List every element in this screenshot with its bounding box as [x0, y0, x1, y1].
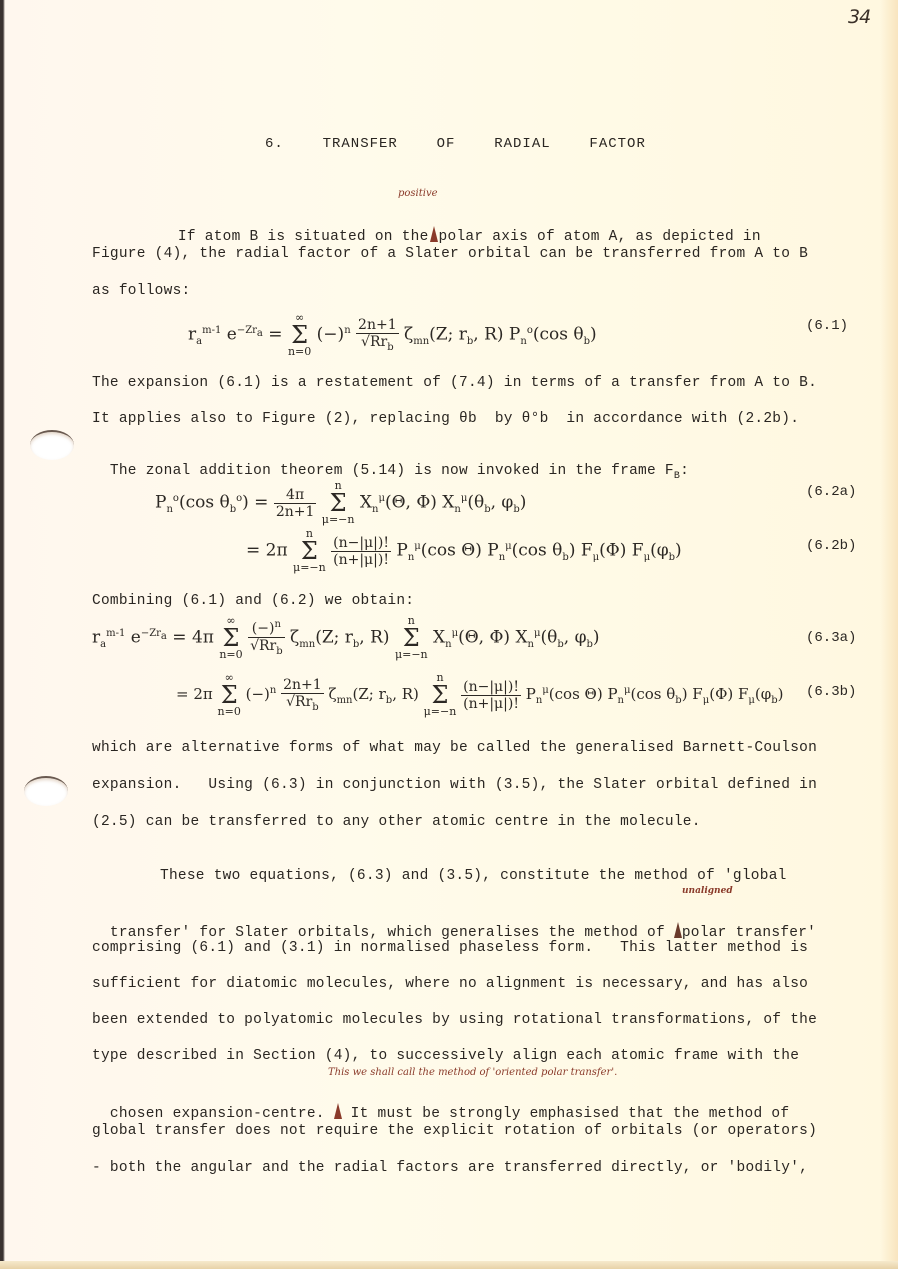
- handwritten-insert-positive: positive: [398, 188, 438, 199]
- equation-6-3a: ram-1 e−Zra = 4π ∞Σn=0 (−)n√Rrb ζmn(Z; r…: [92, 615, 600, 661]
- text-span: The zonal addition theorem (5.14) is now…: [110, 463, 674, 479]
- text-span: If atom B is situated on the: [178, 229, 429, 245]
- punch-hole-bottom-icon: [24, 776, 68, 806]
- insertion-caret-icon: [334, 1103, 342, 1119]
- paragraph-1-line-2: Figure (4), the radial factor of a Slate…: [92, 246, 808, 262]
- paragraph-1-line-1: If atom B is situated on thepolar axis o…: [160, 208, 761, 245]
- paragraph-4-line-2: expansion. Using (6.3) in conjunction wi…: [92, 777, 817, 793]
- paragraph-5-line-7: chosen expansion-centre. It must be stro…: [92, 1085, 789, 1122]
- paragraph-5-line-4: sufficient for diatomic molecules, where…: [92, 976, 808, 992]
- paragraph-2-line-2: It applies also to Figure (2), replacing…: [92, 411, 799, 427]
- text-span: polar transfer': [682, 925, 816, 941]
- equation-label-6-2b: (6.2b): [806, 538, 856, 554]
- handwritten-annotation-oriented-polar-transfer: This we shall call the method of 'orient…: [328, 1067, 617, 1078]
- paragraph-2-line-3: The zonal addition theorem (5.14) is now…: [92, 447, 689, 482]
- paragraph-5-line-2: transfer' for Slater orbitals, which gen…: [92, 904, 816, 941]
- equation-6-3b: = 2π ∞Σn=0 (−)n 2n+1√Rrb ζmn(Z; rb, R) n…: [176, 672, 784, 718]
- section-heading: 6. TRANSFER OF RADIAL FACTOR: [265, 136, 646, 152]
- paragraph-5-line-5: been extended to polyatomic molecules by…: [92, 1012, 817, 1028]
- paragraph-5-line-1: These two equations, (6.3) and (3.5), co…: [160, 868, 787, 884]
- text-span: chosen expansion-centre.: [110, 1106, 325, 1122]
- paragraph-4-line-1: which are alternative forms of what may …: [92, 740, 817, 756]
- equation-label-6-3b: (6.3b): [806, 684, 856, 700]
- page-bottom-edge: [0, 1261, 898, 1269]
- insertion-caret-icon: [430, 226, 438, 242]
- paragraph-2-line-1: The expansion (6.1) is a restatement of …: [92, 375, 817, 391]
- insertion-caret-icon: [674, 922, 682, 938]
- text-span: polar axis of atom A, as depicted in: [439, 229, 761, 245]
- paragraph-1-line-3: as follows:: [92, 283, 190, 299]
- paragraph-5-line-8: global transfer does not require the exp…: [92, 1123, 817, 1139]
- page-shadow-edge: [880, 0, 898, 1269]
- punch-hole-top-icon: [30, 430, 74, 460]
- paragraph-5-line-3: comprising (6.1) and (3.1) in normalised…: [92, 940, 808, 956]
- equation-label-6-3a: (6.3a): [806, 630, 856, 646]
- handwritten-insert-unaligned: unaligned: [682, 886, 733, 896]
- paragraph-5-line-6: type described in Section (4), to succes…: [92, 1048, 799, 1064]
- paragraph-5-line-9: - both the angular and the radial factor…: [92, 1160, 808, 1176]
- page-number: 34: [848, 6, 870, 28]
- equation-label-6-1: (6.1): [806, 318, 848, 334]
- text-span: transfer' for Slater orbitals, which gen…: [110, 925, 674, 941]
- paragraph-4-line-3: (2.5) can be transferred to any other at…: [92, 814, 701, 830]
- text-span: :: [680, 463, 689, 479]
- equation-6-2b: = 2π nΣμ=−n (n−|μ|)!(n+|μ|)! Pnμ(cos Θ) …: [246, 528, 682, 574]
- equation-label-6-2a: (6.2a): [806, 484, 856, 500]
- equation-6-2a: Pno(cos θbo) = 4π2n+1 nΣμ=−n Xnμ(Θ, Φ) X…: [155, 480, 526, 526]
- paragraph-3-line-1: Combining (6.1) and (6.2) we obtain:: [92, 593, 414, 609]
- equation-6-1: ram-1 e−Zra = ∞Σn=0 (−)n 2n+1√Rrb ζmn(Z;…: [188, 312, 597, 358]
- text-span: It must be strongly emphasised that the …: [342, 1106, 790, 1122]
